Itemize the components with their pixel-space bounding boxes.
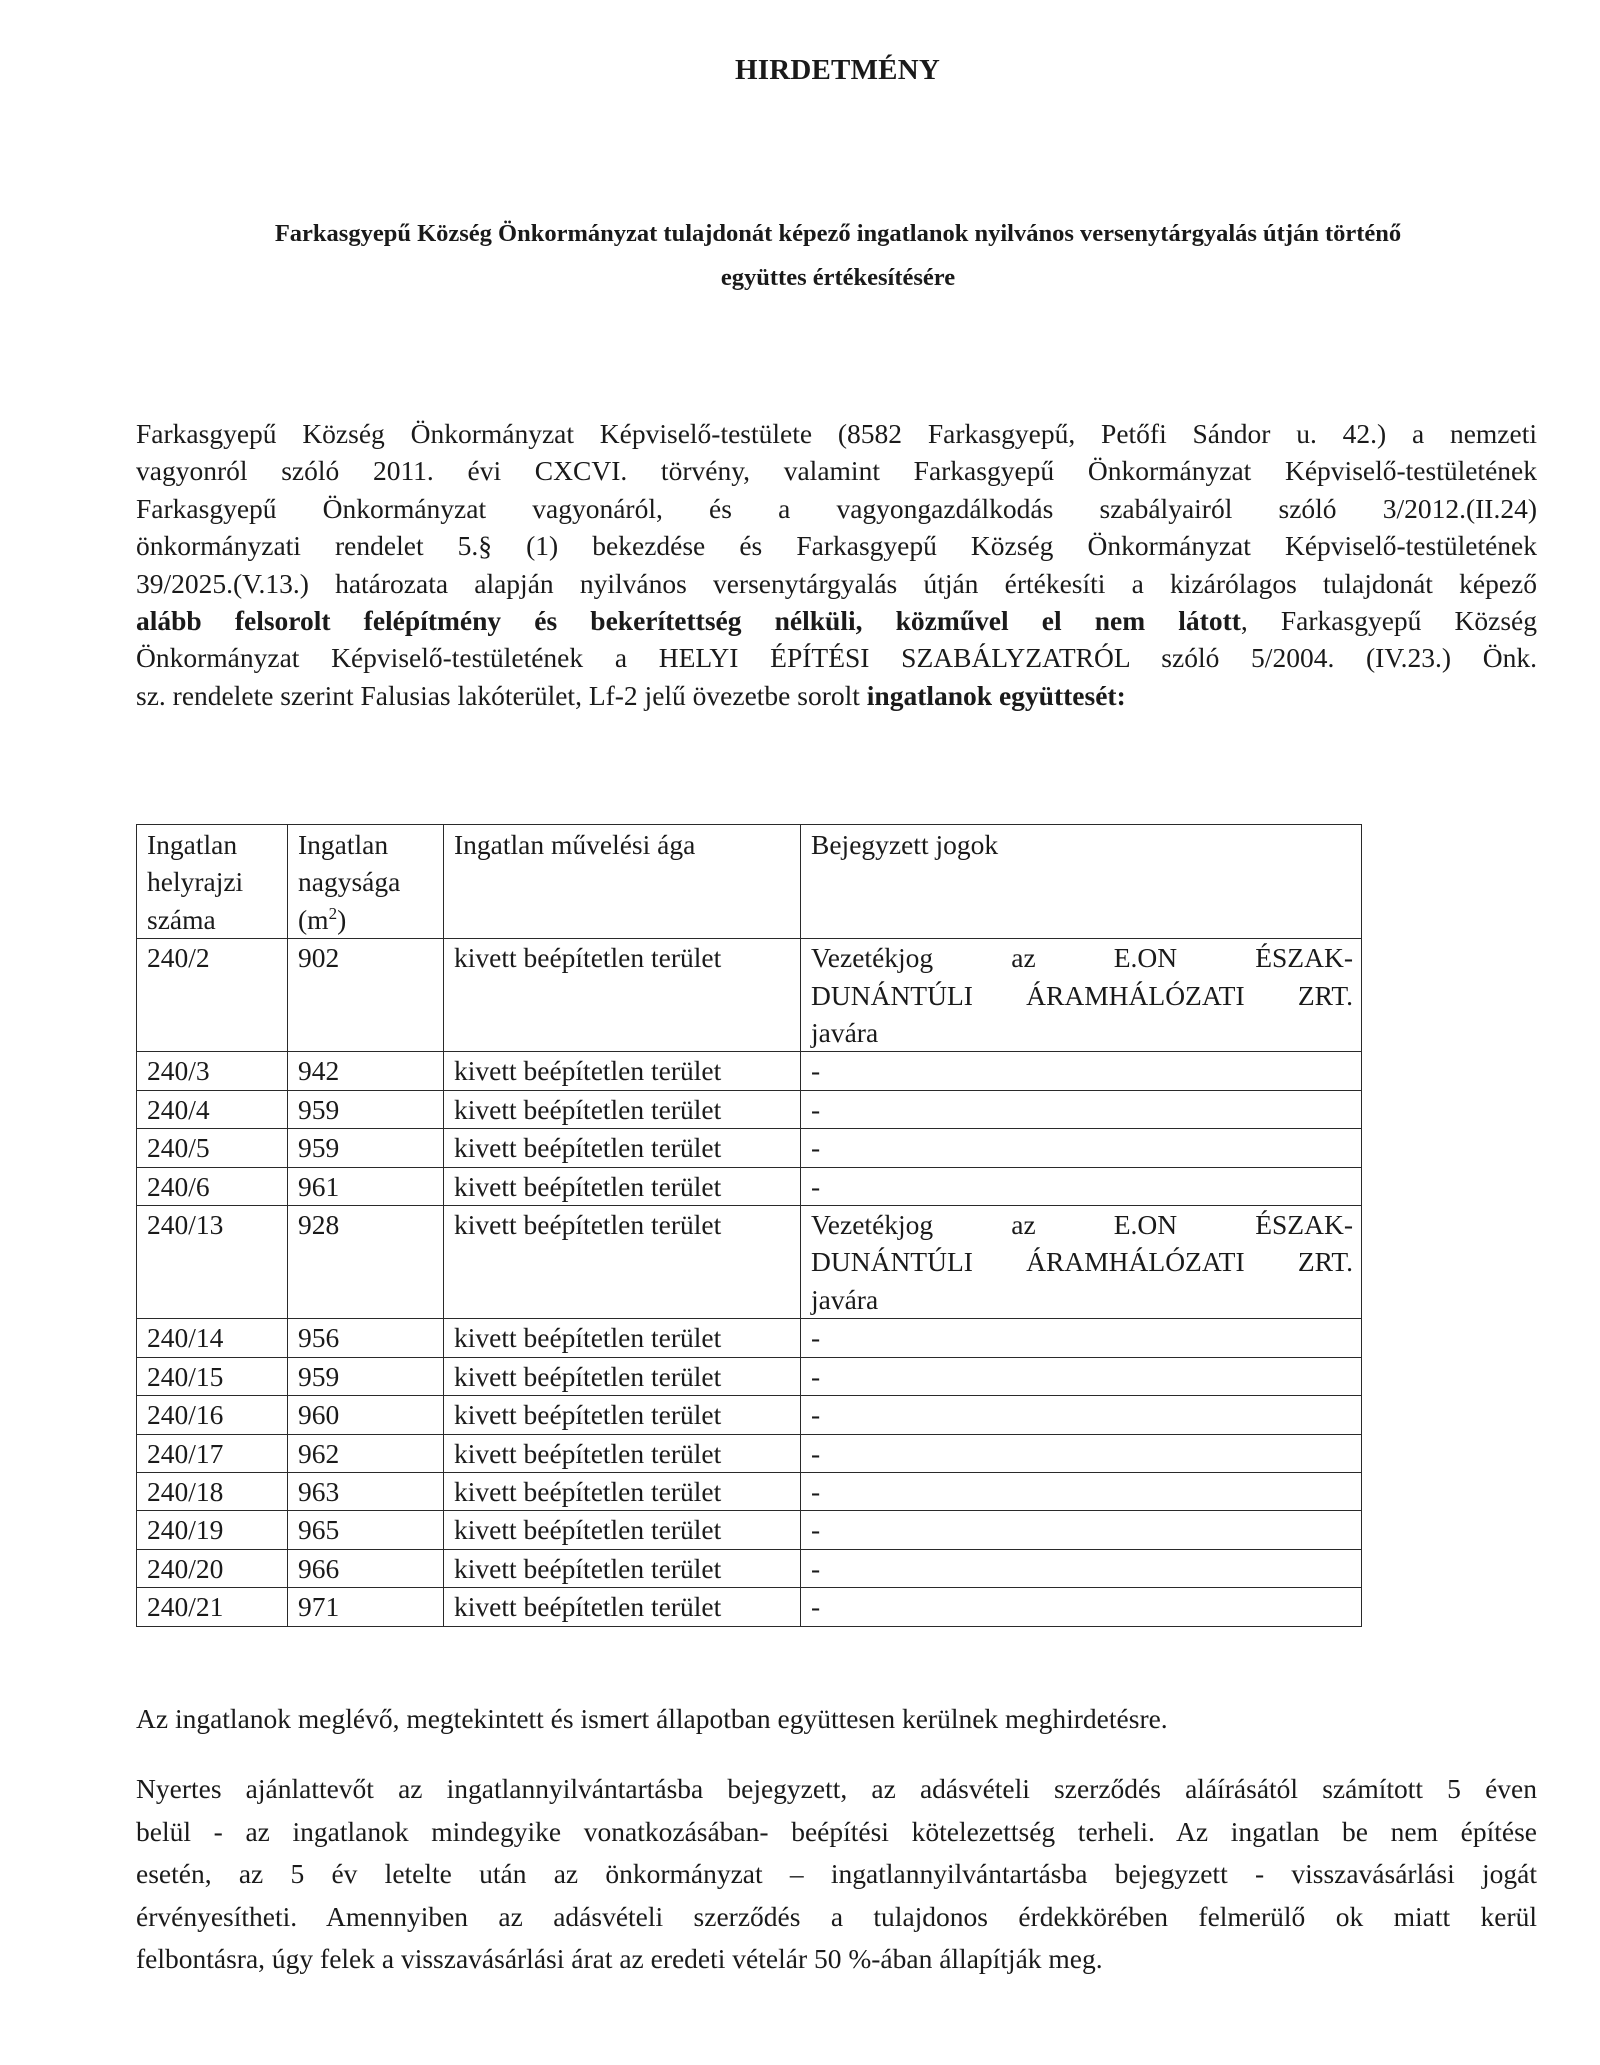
cell-parcel-number: 240/18 <box>137 1472 288 1510</box>
paragraph-line: alább felsorolt felépítmény és bekerítet… <box>136 602 1537 639</box>
cell-area: 965 <box>288 1511 444 1549</box>
cell-registered-rights: - <box>801 1434 1362 1472</box>
document-title: HIRDETMÉNY <box>0 52 1600 88</box>
bold-emphasis: ingatlanok együttesét: <box>867 680 1126 711</box>
paragraph-line: felbontásra, úgy felek a visszavásárlási… <box>136 1938 1537 1981</box>
cell-area: 942 <box>288 1052 444 1090</box>
cell-registered-rights: - <box>801 1129 1362 1167</box>
paragraph-line: önkormányzati rendelet 5.§ (1) bekezdése… <box>136 527 1537 564</box>
cell-land-use: kivett beépítetlen terület <box>444 1206 801 1319</box>
cell-registered-rights: - <box>801 1588 1362 1626</box>
rights-line: DUNÁNTÚLI ÁRAMHÁLÓZATI ZRT. <box>811 1243 1353 1280</box>
cell-parcel-number: 240/13 <box>137 1206 288 1319</box>
cell-registered-rights: - <box>801 1511 1362 1549</box>
cell-parcel-number: 240/21 <box>137 1588 288 1626</box>
cell-registered-rights: - <box>801 1396 1362 1434</box>
table-row: 240/17962kivett beépítetlen terület- <box>137 1434 1362 1472</box>
header-text: Ingatlan <box>147 826 279 863</box>
rights-line: Vezetékjog az E.ON ÉSZAK- <box>811 1206 1353 1243</box>
cell-parcel-number: 240/3 <box>137 1052 288 1090</box>
header-text: nagysága <box>298 863 435 900</box>
paragraph-line: Önkormányzat Képviselő-testületének a HE… <box>136 639 1537 676</box>
subtitle-line: együttes értékesítésére <box>160 256 1516 300</box>
cell-area: 959 <box>288 1090 444 1128</box>
cell-area: 959 <box>288 1129 444 1167</box>
cell-area: 928 <box>288 1206 444 1319</box>
cell-land-use: kivett beépítetlen terület <box>444 1319 801 1357</box>
header-text: száma <box>147 901 279 938</box>
cell-land-use: kivett beépítetlen terület <box>444 1357 801 1395</box>
condition-paragraph: Az ingatlanok meglévő, megtekintett és i… <box>136 1700 1537 1737</box>
line-text: sz. rendelete szerint Falusias lakóterül… <box>136 680 867 711</box>
cell-registered-rights: - <box>801 1167 1362 1205</box>
cell-registered-rights: Vezetékjog az E.ON ÉSZAK-DUNÁNTÚLI ÁRAMH… <box>801 939 1362 1052</box>
cell-parcel-number: 240/15 <box>137 1357 288 1395</box>
table-row: 240/13928kivett beépítetlen területVezet… <box>137 1206 1362 1319</box>
cell-land-use: kivett beépítetlen terület <box>444 1129 801 1167</box>
cell-area: 962 <box>288 1434 444 1472</box>
cell-area: 902 <box>288 939 444 1052</box>
unit-text: (m <box>298 904 329 935</box>
table-row: 240/14956kivett beépítetlen terület- <box>137 1319 1362 1357</box>
unit-text: ) <box>337 904 346 935</box>
table-row: 240/5959kivett beépítetlen terület- <box>137 1129 1362 1167</box>
paragraph-line: Az ingatlanok meglévő, megtekintett és i… <box>136 1700 1537 1737</box>
subtitle-line: Farkasgyepű Község Önkormányzat tulajdon… <box>160 212 1516 256</box>
table-row: 240/20966kivett beépítetlen terület- <box>137 1549 1362 1587</box>
rights-line: javára <box>811 1281 1353 1318</box>
cell-registered-rights: - <box>801 1357 1362 1395</box>
cell-registered-rights: - <box>801 1319 1362 1357</box>
table-row: 240/19965kivett beépítetlen terület- <box>137 1511 1362 1549</box>
cell-land-use: kivett beépítetlen terület <box>444 1472 801 1510</box>
cell-parcel-number: 240/6 <box>137 1167 288 1205</box>
cell-land-use: kivett beépítetlen terület <box>444 1434 801 1472</box>
cell-area: 960 <box>288 1396 444 1434</box>
line-text: , Farkasgyepű Község <box>1241 605 1537 636</box>
cell-parcel-number: 240/16 <box>137 1396 288 1434</box>
cell-registered-rights: - <box>801 1090 1362 1128</box>
header-text: (m2) <box>298 901 435 938</box>
header-parcel-number: Ingatlan helyrajzi száma <box>137 825 288 939</box>
table-row: 240/3942kivett beépítetlen terület- <box>137 1052 1362 1090</box>
table-row: 240/18963kivett beépítetlen terület- <box>137 1472 1362 1510</box>
paragraph-line: belül - az ingatlanok mindegyike vonatko… <box>136 1811 1537 1854</box>
header-text: helyrajzi <box>147 863 279 900</box>
header-registered-rights: Bejegyzett jogok <box>801 825 1362 939</box>
cell-area: 959 <box>288 1357 444 1395</box>
table-row: 240/2902kivett beépítetlen területVezeté… <box>137 939 1362 1052</box>
cell-area: 971 <box>288 1588 444 1626</box>
intro-paragraph: Farkasgyepű Község Önkormányzat Képvisel… <box>136 415 1537 714</box>
cell-land-use: kivett beépítetlen terület <box>444 1549 801 1587</box>
paragraph-line: Farkasgyepű Község Önkormányzat Képvisel… <box>136 415 1537 452</box>
unit-superscript: 2 <box>329 904 338 923</box>
cell-land-use: kivett beépítetlen terület <box>444 1588 801 1626</box>
cell-area: 966 <box>288 1549 444 1587</box>
table-row: 240/6961kivett beépítetlen terület- <box>137 1167 1362 1205</box>
cell-area: 956 <box>288 1319 444 1357</box>
cell-area: 963 <box>288 1472 444 1510</box>
paragraph-line: Nyertes ajánlattevőt az ingatlannyilvánt… <box>136 1768 1537 1811</box>
bold-emphasis: alább felsorolt felépítmény és bekerítet… <box>136 605 1241 636</box>
cell-registered-rights: - <box>801 1472 1362 1510</box>
cell-land-use: kivett beépítetlen terület <box>444 939 801 1052</box>
cell-parcel-number: 240/19 <box>137 1511 288 1549</box>
property-table: Ingatlan helyrajzi száma Ingatlan nagysá… <box>136 824 1362 1627</box>
paragraph-line: Farkasgyepű Önkormányzat vagyonáról, és … <box>136 490 1537 527</box>
document-subtitle: Farkasgyepű Község Önkormányzat tulajdon… <box>160 212 1516 300</box>
paragraph-line: esetén, az 5 év letelte után az önkormán… <box>136 1853 1537 1896</box>
table-header-row: Ingatlan helyrajzi száma Ingatlan nagysá… <box>137 825 1362 939</box>
table-row: 240/15959kivett beépítetlen terület- <box>137 1357 1362 1395</box>
cell-parcel-number: 240/4 <box>137 1090 288 1128</box>
header-area: Ingatlan nagysága (m2) <box>288 825 444 939</box>
cell-land-use: kivett beépítetlen terület <box>444 1167 801 1205</box>
cell-parcel-number: 240/2 <box>137 939 288 1052</box>
paragraph-line: 39/2025.(V.13.) határozata alapján nyilv… <box>136 565 1537 602</box>
rights-line: Vezetékjog az E.ON ÉSZAK- <box>811 939 1353 976</box>
paragraph-line: sz. rendelete szerint Falusias lakóterül… <box>136 677 1537 714</box>
cell-area: 961 <box>288 1167 444 1205</box>
header-text: Ingatlan <box>298 826 435 863</box>
cell-registered-rights: - <box>801 1549 1362 1587</box>
cell-land-use: kivett beépítetlen terület <box>444 1052 801 1090</box>
paragraph-line: vagyonról szóló 2011. évi CXCVI. törvény… <box>136 452 1537 489</box>
table-row: 240/16960kivett beépítetlen terület- <box>137 1396 1362 1434</box>
cell-land-use: kivett beépítetlen terület <box>444 1511 801 1549</box>
obligation-paragraph: Nyertes ajánlattevőt az ingatlannyilvánt… <box>136 1768 1537 1981</box>
header-land-use: Ingatlan művelési ága <box>444 825 801 939</box>
rights-line: javára <box>811 1014 1353 1051</box>
rights-line: DUNÁNTÚLI ÁRAMHÁLÓZATI ZRT. <box>811 977 1353 1014</box>
cell-parcel-number: 240/17 <box>137 1434 288 1472</box>
table-row: 240/21971kivett beépítetlen terület- <box>137 1588 1362 1626</box>
cell-registered-rights: - <box>801 1052 1362 1090</box>
cell-parcel-number: 240/5 <box>137 1129 288 1167</box>
paragraph-line: érvényesítheti. Amennyiben az adásvételi… <box>136 1896 1537 1939</box>
cell-land-use: kivett beépítetlen terület <box>444 1396 801 1434</box>
cell-parcel-number: 240/20 <box>137 1549 288 1587</box>
cell-land-use: kivett beépítetlen terület <box>444 1090 801 1128</box>
table-row: 240/4959kivett beépítetlen terület- <box>137 1090 1362 1128</box>
cell-parcel-number: 240/14 <box>137 1319 288 1357</box>
cell-registered-rights: Vezetékjog az E.ON ÉSZAK-DUNÁNTÚLI ÁRAMH… <box>801 1206 1362 1319</box>
